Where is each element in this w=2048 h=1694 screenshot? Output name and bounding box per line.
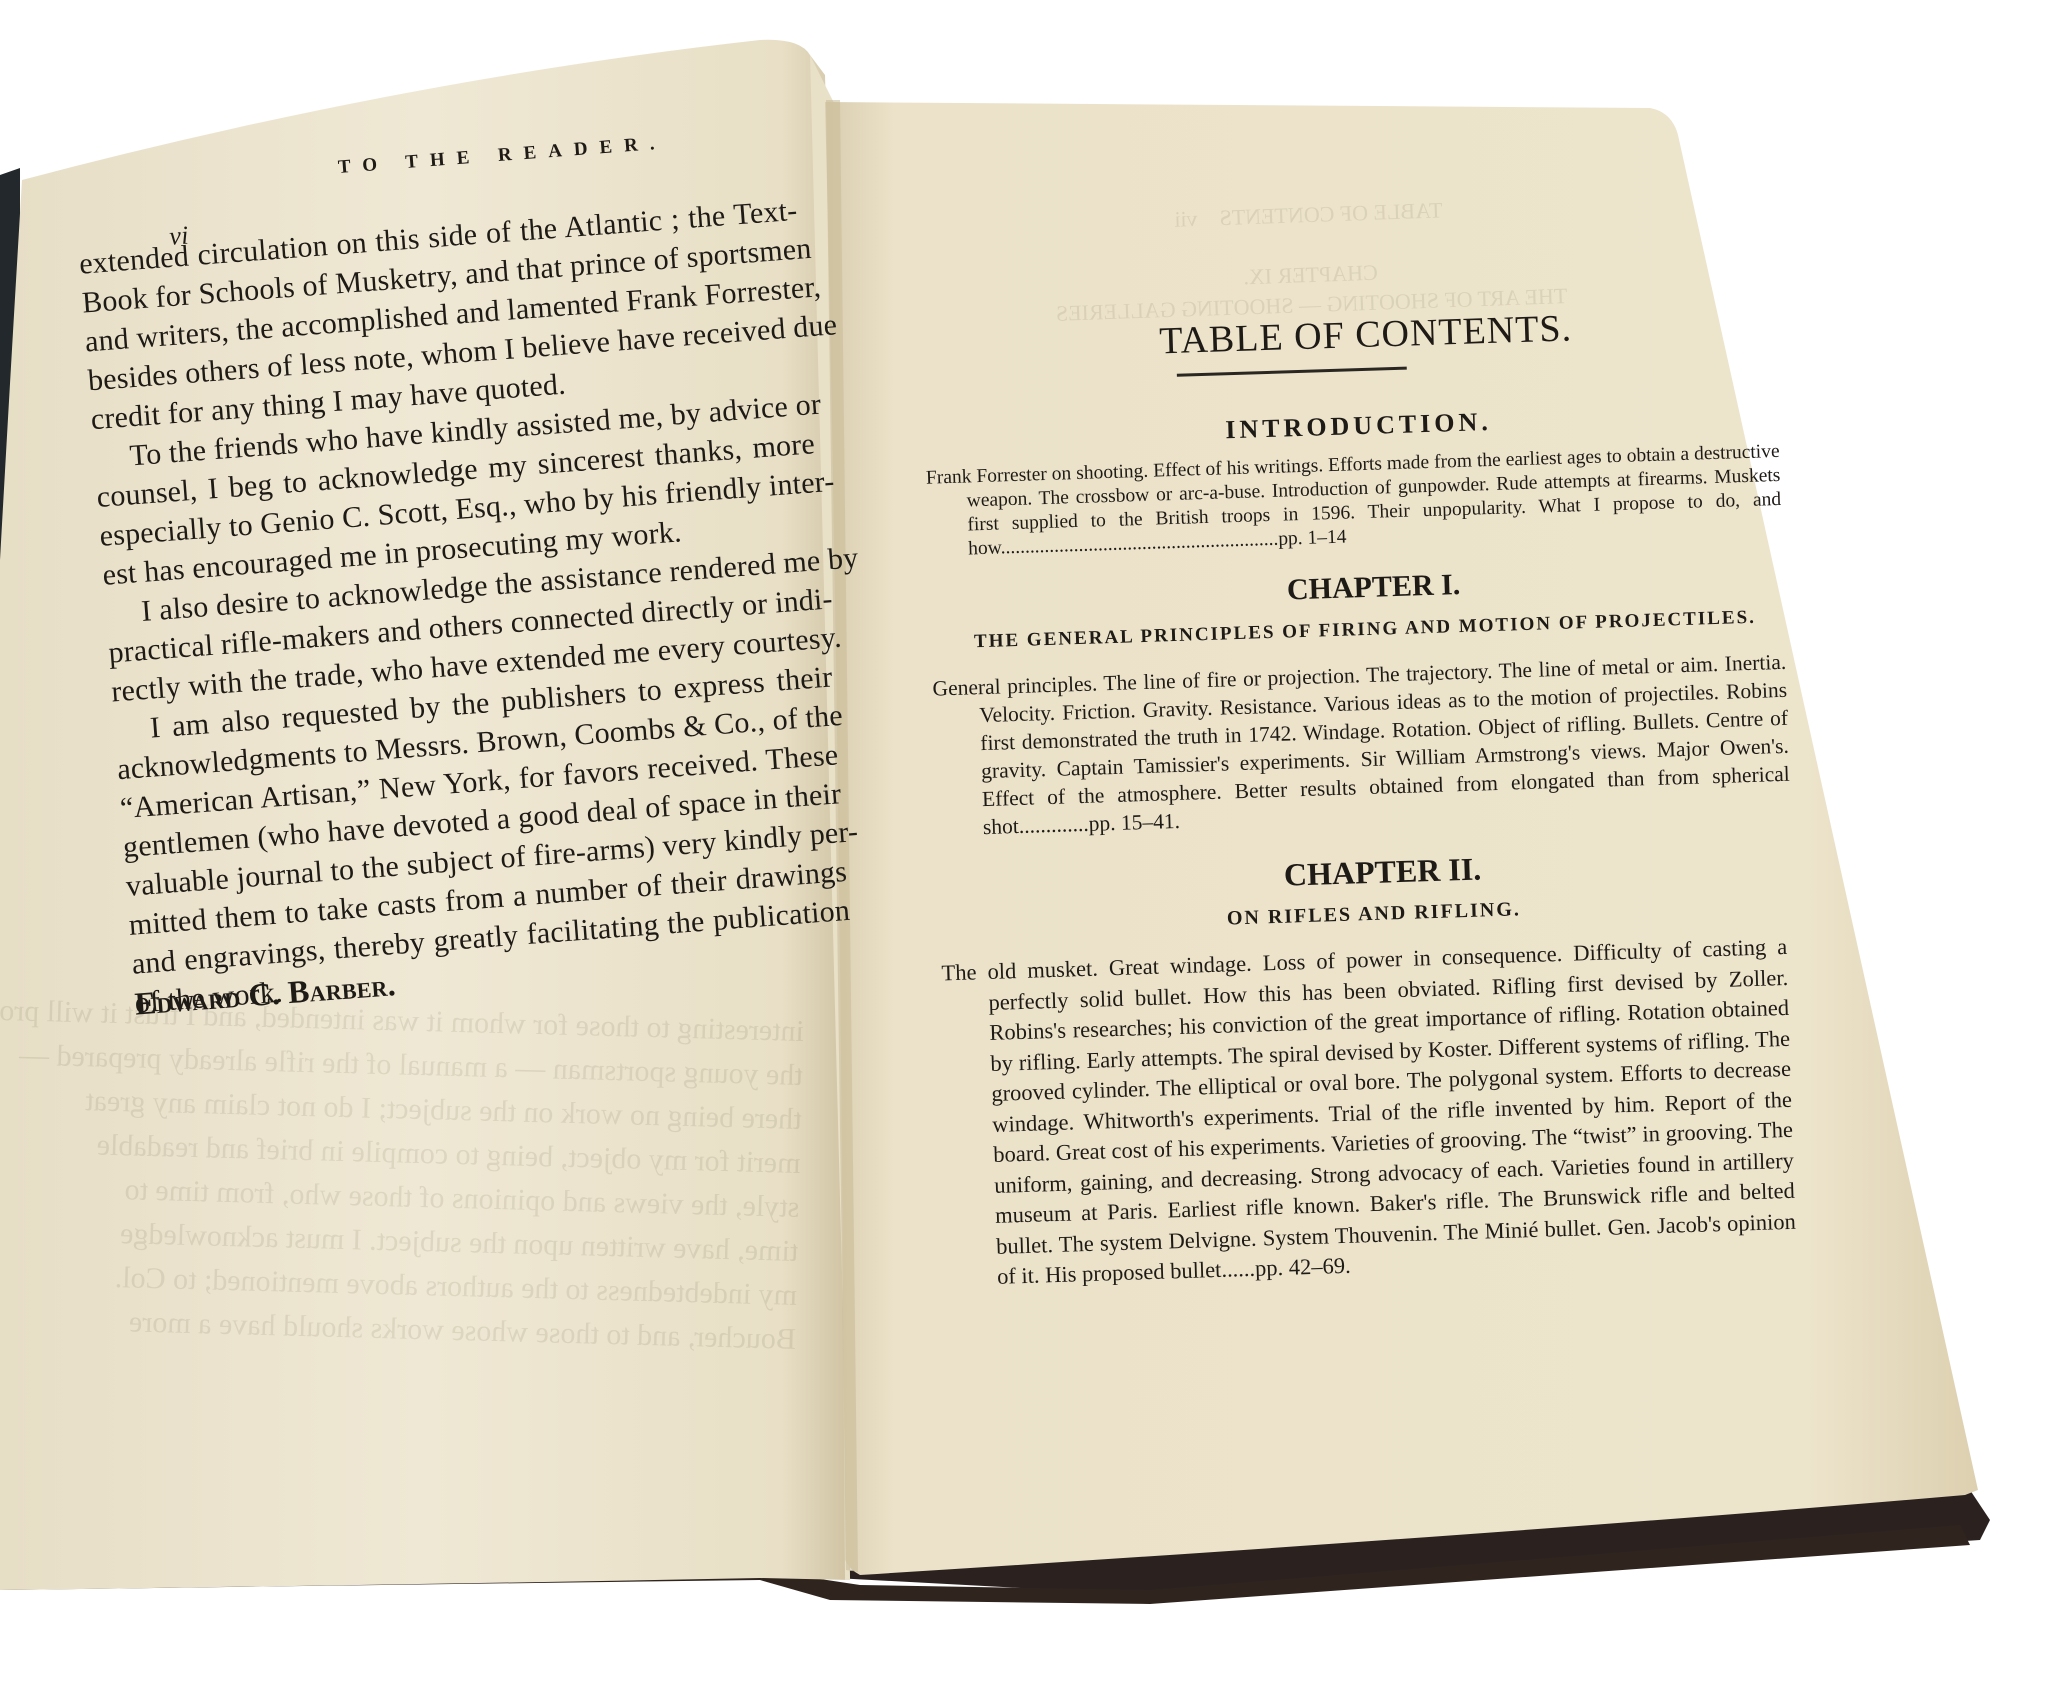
page-number: vi [168,216,190,256]
leader-dots: ............. [1018,812,1089,838]
right-page: TABLE OF CONTENTS. INTRODUCTION. Frank F… [915,293,1805,1294]
show-through-text-left: interesting to those for whom it was int… [36,990,805,1362]
entry-text: General principles. The line of fire or … [932,650,1790,839]
chapter-1-subtitle: THE GENERAL PRINCIPLES OF FIRING AND MOT… [945,602,1786,658]
page-range: pp. 42–69. [1255,1253,1351,1281]
entry-text: The old musket. Great windage. Loss of p… [941,934,1796,1289]
left-page-body: extended circulation on this side of the… [78,191,855,1024]
chapter-2-subtitle: ON RIFLES AND RIFLING. [954,886,1795,942]
page-range: pp. 1–14 [1278,527,1347,550]
page-range: pp. 15–41. [1088,809,1180,836]
left-page: TO THE READER. vi extended circulation o… [72,114,854,1024]
leader-dots: ........................................… [1000,529,1278,559]
introduction-entry: Frank Forrester on shooting. Effect of h… [926,440,1783,563]
leader-dots: ...... [1221,1256,1256,1282]
chapter-2-entry: The old musket. Great windage. Loss of p… [941,932,1797,1294]
page-title: TABLE OF CONTENTS. [955,309,1775,361]
title-rule [1177,367,1407,377]
chapter-1-entry: General principles. The line of fire or … [932,648,1791,843]
